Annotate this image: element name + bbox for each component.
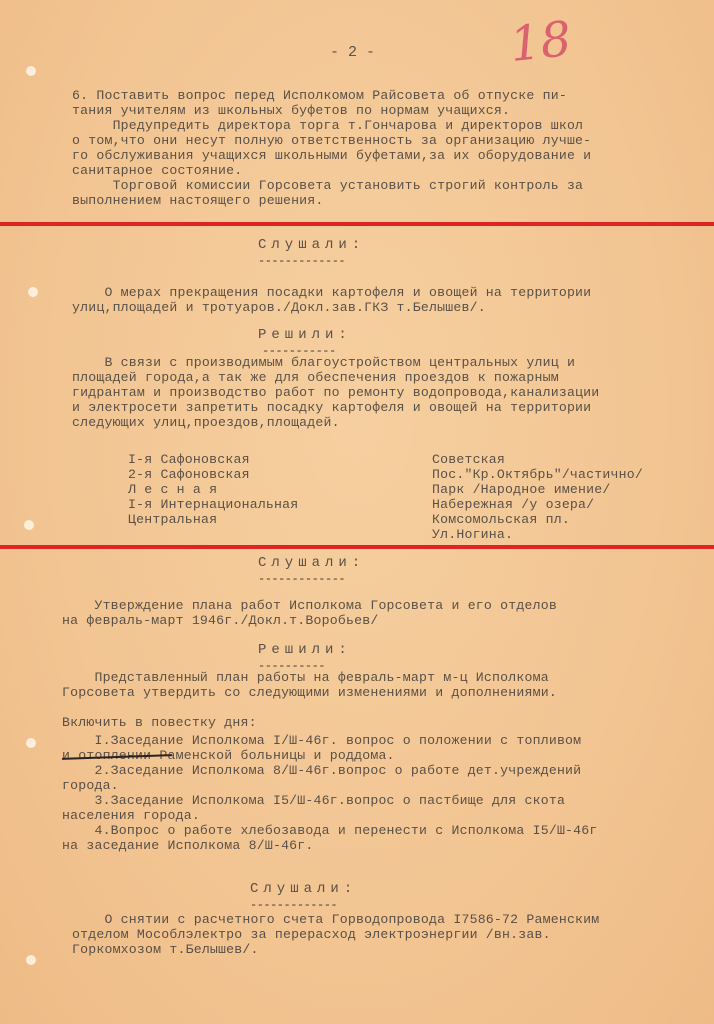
agenda-title: Включить в повестку дня: [62,715,257,730]
street-item: Центральная [128,512,217,527]
street-item: I-я Интернациональная [128,497,298,512]
heard-heading: Слушали: [258,556,365,571]
punch-hole [24,520,34,530]
street-item: I-я Сафоновская [128,452,250,467]
text-line: тания учителям из школьных буфетов по но… [72,103,510,118]
text-line: го обслуживания учащихся школьными буфет… [72,148,591,163]
text-line: площадей города,а так же для обеспечения… [72,370,559,385]
street-item: Комсомольская пл. [432,512,570,527]
street-item: 2-я Сафоновская [128,467,250,482]
text-line: и электросети запретить посадку картофел… [72,400,591,415]
street-item: Советская [432,452,505,467]
text-line: гидрантам и производство работ по ремонт… [72,385,599,400]
text-line: 6. Поставить вопрос перед Исполкомом Рай… [72,88,567,103]
street-item: Парк /Народное имение/ [432,482,611,497]
agenda-line: 3.Заседание Исполкома I5/Ш-46г.вопрос о … [62,793,565,808]
street-item: Пос."Кр.Октябрь"/частично/ [432,467,643,482]
street-item: Ул.Ногина. [432,527,513,542]
text-line: Торговой комиссии Горсовета установить с… [72,178,583,193]
heading-underline: ------------- [258,572,345,586]
text-line: Горкомхозом т.Белышев/. [72,942,259,957]
agenda-line: города. [62,778,119,793]
punch-hole [26,738,36,748]
heard-heading: Слушали: [250,882,357,897]
punch-hole [26,955,36,965]
decided-heading: Решили: [258,643,352,658]
text-line: О снятии с расчетного счета Горводопрово… [72,912,599,927]
heading-underline: ------------- [250,898,337,912]
agenda-line: 2.Заседание Исполкома 8/Ш-46г.вопрос о р… [62,763,581,778]
text-line: отделом Мособлэлектро за перерасход элек… [72,927,551,942]
text-line: Горсовета утвердить со следующими измене… [62,685,557,700]
text-line: Представленный план работы на февраль-ма… [62,670,549,685]
text-line: о том,что они несут полную ответственнос… [72,133,591,148]
street-item: Л е с н а я [128,482,217,497]
document-page: - 2 - 18 6. Поставить вопрос перед Испол… [0,0,714,1024]
text-line: выполнением настоящего решения. [72,193,324,208]
punch-hole [28,287,38,297]
text-line: следующих улиц,проездов,площадей. [72,415,340,430]
punch-hole [26,66,36,76]
heard-heading: Слушали: [258,238,365,253]
text-line: улиц,площадей и тротуаров./Докл.зав.ГКЗ … [72,300,486,315]
text-line: Утверждение плана работ Исполкома Горсов… [62,598,557,613]
agenda-line: 4.Вопрос о работе хлебозавода и перенест… [62,823,598,838]
handwritten-page-number: 18 [507,11,574,73]
text-line: на февраль-март 1946г./Докл.т.Воробьев/ [62,613,378,628]
heading-underline: ------------- [258,254,345,268]
text-line: В связи с производимым благоустройством … [72,355,575,370]
text-line: санитарное состояние. [72,163,242,178]
agenda-line: I.Заседание Исполкома I/Ш-46г. вопрос о … [62,733,581,748]
street-item: Набережная /у озера/ [432,497,594,512]
agenda-line: населения города. [62,808,200,823]
red-divider-line [0,222,714,226]
red-divider-line [0,545,714,549]
agenda-line: на заседание Исполкома 8/Ш-46г. [62,838,314,853]
text-line: О мерах прекращения посадки картофеля и … [72,285,591,300]
page-number: - 2 - [330,44,375,61]
text-line: Предупредить директора торга т.Гончарова… [72,118,583,133]
decided-heading: Решили: [258,328,352,343]
